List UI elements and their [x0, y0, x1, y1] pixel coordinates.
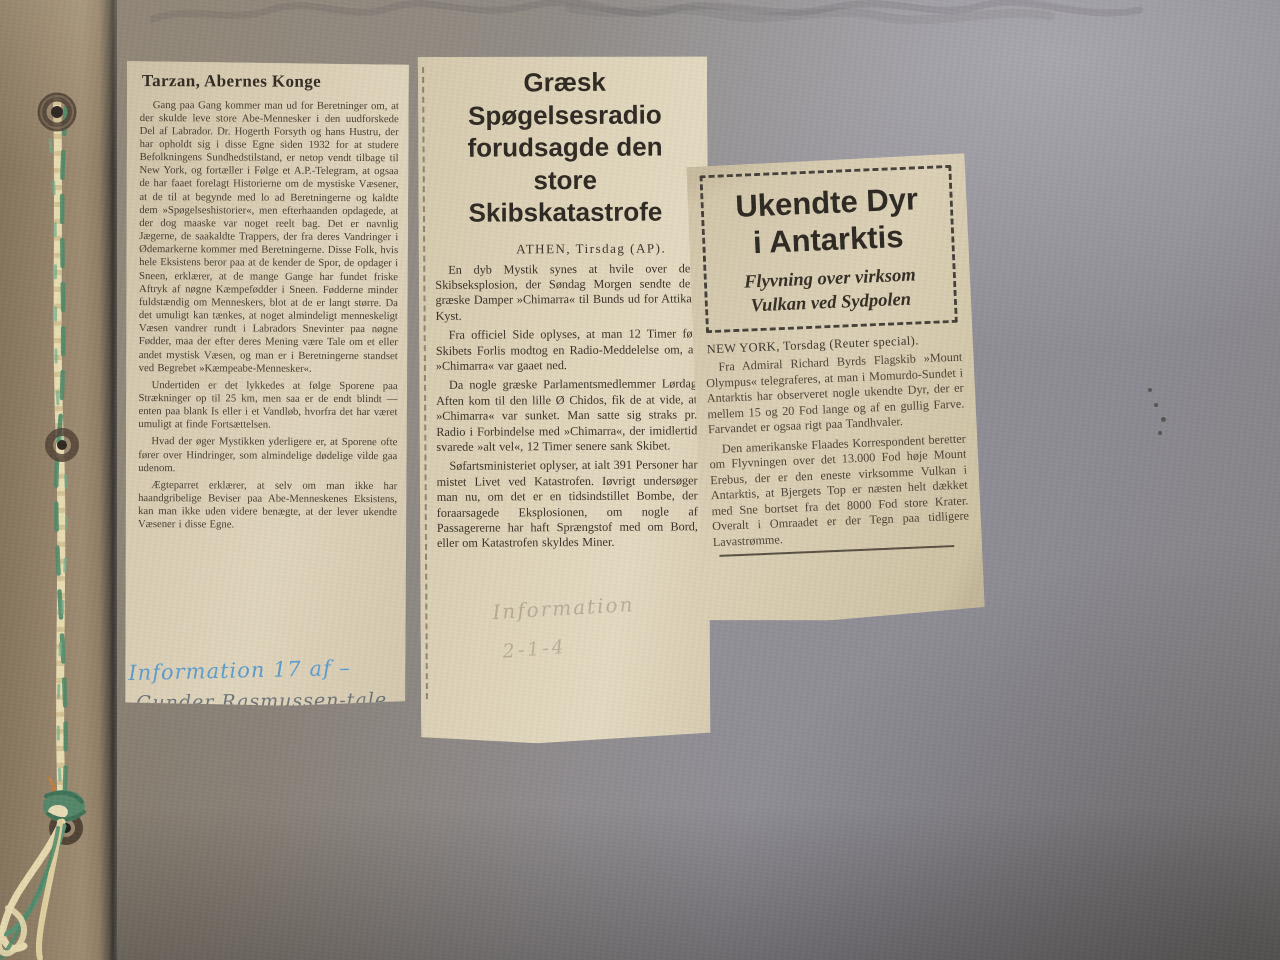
faint-pencil-note: 2-1-4 — [502, 636, 568, 663]
handwritten-note-clipped: Gunder Rasmussen-tale — [136, 689, 387, 706]
eyelet-grommet — [41, 96, 73, 128]
faint-handwriting-top — [150, 0, 1150, 28]
clipping-tarzan-paragraph: Hvad der øger Mystikken yderligere er, a… — [138, 436, 397, 477]
cord-knot — [43, 790, 85, 822]
page-speck — [1148, 388, 1152, 392]
clipping-antarctic: Ukendte Dyr i Antarktis Flyvning over vi… — [685, 153, 985, 625]
clipping-ghost-radio-paragraph: En dyb Mystik synes at hvile over den Sk… — [435, 261, 696, 324]
clipping-ghost-radio-paragraph: Fra officiel Side oplyses, at man 12 Tim… — [436, 326, 697, 374]
clipping-ghost-radio-paragraph: Da nogle græske Parlamentsmedlemmer Lørd… — [436, 377, 697, 456]
page-speck — [1161, 417, 1166, 422]
clipping-antarctic-paragraph: Fra Admiral Richard Byrds Flagskib »Moun… — [705, 350, 965, 438]
clipping-antarctic-subtitle: Flyvning over virksom Vulkan ved Sydpole… — [711, 262, 951, 320]
clipping-tarzan-paragraph: Gang paa Gang kommer man ud for Beretnin… — [139, 99, 399, 376]
handwritten-source-note: Information 17 af – — [128, 656, 351, 685]
clipping-ghost-radio-paragraph: Søfartsministeriet oplyser, at ialt 391 … — [436, 458, 698, 552]
clipping-tarzan-paragraph: Undertiden er det lykkedes at følge Spor… — [138, 379, 397, 433]
clipping-ghost-radio: Græsk Spøgelsesradio forudsagde den stor… — [417, 55, 711, 744]
clipping-antarctic-headline: Ukendte Dyr i Antarktis — [707, 180, 948, 263]
clipping-tarzan-paragraph: Ægteparret erklærer, at selv om man ikke… — [138, 479, 397, 533]
page-speck — [1154, 403, 1158, 407]
dateline: ATHEN, Tirsdag (AP). — [435, 240, 696, 258]
clipping-tarzan: Tarzan, Abernes Konge Gang paa Gang komm… — [124, 61, 409, 706]
cord-tassel — [0, 822, 64, 958]
decorative-headline-border: Ukendte Dyr i Antarktis Flyvning over vi… — [699, 165, 957, 334]
eyelet-grommet — [49, 432, 75, 458]
clipping-antarctic-paragraph: Den amerikanske Flaades Korrespondent be… — [709, 431, 970, 550]
clipping-ghost-radio-headline: Græsk Spøgelsesradio forudsagde den stor… — [434, 65, 696, 229]
scrapbook-photo: Tarzan, Abernes Konge Gang paa Gang komm… — [0, 0, 1280, 960]
page-speck — [1158, 431, 1162, 435]
clipping-tarzan-headline: Tarzan, Abernes Konge — [142, 71, 399, 92]
faint-pencil-note: Information — [492, 592, 635, 624]
